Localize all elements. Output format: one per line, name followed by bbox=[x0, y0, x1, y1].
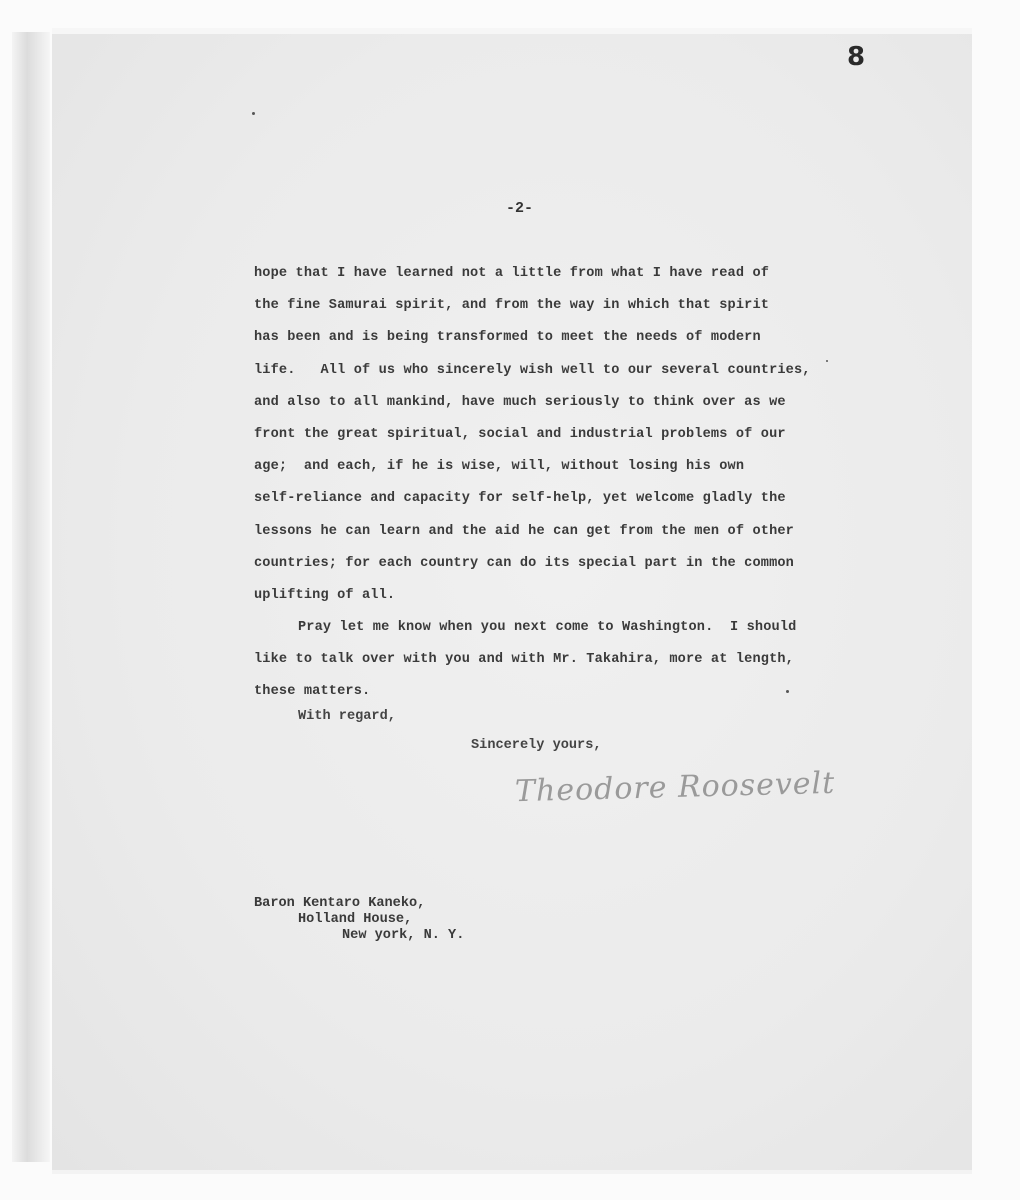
letter-body: hope that I have learned not a little fr… bbox=[254, 258, 854, 709]
body-line: these matters. bbox=[254, 676, 854, 708]
body-line: lessons he can learn and the aid he can … bbox=[254, 516, 854, 548]
paper-speck bbox=[826, 360, 828, 362]
body-line: has been and is being transformed to mee… bbox=[254, 322, 854, 354]
addressee-name: Baron Kentaro Kaneko, bbox=[254, 896, 464, 912]
body-line: countries; for each country can do its s… bbox=[254, 548, 854, 580]
paper-speck bbox=[252, 112, 255, 115]
paper-speck bbox=[786, 690, 789, 693]
salutation: With regard, bbox=[298, 709, 396, 724]
page-edge-shadow bbox=[12, 32, 50, 1162]
letter-page-number: -2- bbox=[506, 200, 533, 217]
body-line: life. All of us who sincerely wish well … bbox=[254, 355, 854, 387]
addressee-building: Holland House, bbox=[254, 912, 464, 928]
body-line: self-reliance and capacity for self-help… bbox=[254, 483, 854, 515]
scan-frame: 8 -2- hope that I have learned not a lit… bbox=[0, 0, 1020, 1200]
body-line: and also to all mankind, have much serio… bbox=[254, 387, 854, 419]
body-line: uplifting of all. bbox=[254, 580, 854, 612]
body-line: front the great spiritual, social and in… bbox=[254, 419, 854, 451]
addressee-block: Baron Kentaro Kaneko, Holland House, New… bbox=[254, 896, 464, 944]
body-line: hope that I have learned not a little fr… bbox=[254, 258, 854, 290]
addressee-city: New york, N. Y. bbox=[254, 928, 464, 944]
archive-page-number: 8 bbox=[847, 42, 865, 72]
body-line: Pray let me know when you next come to W… bbox=[254, 612, 854, 644]
body-line: age; and each, if he is wise, will, with… bbox=[254, 451, 854, 483]
closing: Sincerely yours, bbox=[471, 738, 602, 753]
body-line: like to talk over with you and with Mr. … bbox=[254, 644, 854, 676]
body-line: the fine Samurai spirit, and from the wa… bbox=[254, 290, 854, 322]
